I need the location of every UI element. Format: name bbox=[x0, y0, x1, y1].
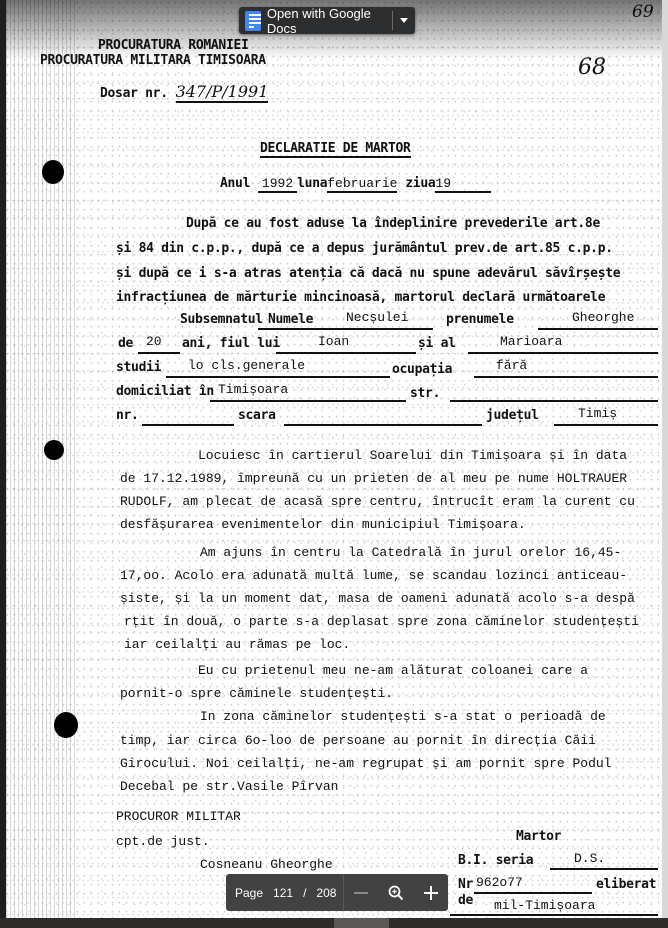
body-line: șiste, și la un moment dat, masa de oame… bbox=[120, 591, 635, 606]
caret-down-icon bbox=[400, 18, 408, 23]
header-line-2: PROCURATURA MILITARA TIMISOARA bbox=[40, 53, 266, 68]
body-line: desfășurarea evenimentelor din municipiu… bbox=[120, 517, 526, 532]
domiciliu-value: Timișoara bbox=[218, 382, 288, 397]
handwritten-page-number-2: 68 bbox=[578, 55, 606, 80]
zoom-out-button[interactable] bbox=[348, 880, 374, 906]
zoom-magnifier-icon bbox=[388, 885, 404, 901]
month-value: februarie bbox=[327, 176, 397, 193]
underline bbox=[538, 328, 658, 330]
minus-icon bbox=[354, 892, 368, 894]
bi-nr-label: Nr bbox=[458, 877, 473, 892]
mama-value: Marioara bbox=[500, 334, 562, 349]
underline bbox=[450, 914, 658, 916]
underline bbox=[142, 424, 234, 426]
scara-label: scara bbox=[238, 408, 276, 423]
underline bbox=[284, 424, 482, 426]
day-label: ziua bbox=[405, 176, 435, 191]
header-line-1: PROCURATURA ROMANIEI bbox=[98, 38, 249, 53]
open-with-google-docs-button[interactable]: Open with Google Docs bbox=[239, 7, 392, 34]
handwritten-page-number: 69 bbox=[632, 2, 654, 22]
zoom-in-button[interactable] bbox=[418, 880, 444, 906]
dosar-number: 347/P/1991 bbox=[176, 82, 269, 103]
eliberat-label: eliberat bbox=[596, 877, 656, 892]
bi-series-value: D.S. bbox=[574, 851, 605, 866]
body-line: Decebal pe str.Vasile Pîrvan bbox=[120, 779, 338, 794]
day-value: 19 bbox=[435, 176, 491, 193]
ani-label: ani, fiul lui bbox=[182, 336, 280, 351]
subsemnatul-label: Subsemnatul bbox=[180, 312, 263, 327]
page-separator: / bbox=[303, 886, 306, 900]
domiciliat-label: domiciliat în bbox=[116, 384, 214, 399]
nr-label: nr. bbox=[116, 408, 139, 423]
body-line: pornit-o spre căminele studențești. bbox=[120, 686, 393, 701]
issued-by-label: de bbox=[458, 893, 473, 908]
body-line: Locuiesc în cartierul Soarelui din Timiș… bbox=[198, 448, 627, 463]
ocupatia-value: fără bbox=[496, 358, 527, 373]
date-line: Anul 1992lunafebruarie ziua19 bbox=[220, 176, 491, 193]
current-page-input[interactable]: 121 bbox=[273, 886, 293, 900]
judetul-value: Timiș bbox=[578, 406, 617, 421]
preamble-line: și după ce i s-a atras atenția că dacă n… bbox=[116, 266, 620, 281]
body-line: rțit în două, o parte s-a deplasat spre … bbox=[124, 614, 639, 629]
numele-label: Numele bbox=[268, 312, 313, 327]
body-line: Girocului. Noi ceilalți, ne-am regrupat … bbox=[120, 756, 611, 771]
document-content: 69 68 PROCURATURA ROMANIEI PROCURATURA M… bbox=[6, 0, 662, 918]
studii-label: studii bbox=[116, 360, 161, 375]
judetul-label: județul bbox=[486, 408, 539, 423]
tata-value: Ioan bbox=[318, 334, 349, 349]
underline bbox=[554, 424, 658, 426]
si-al-label: și al bbox=[418, 336, 456, 351]
underline bbox=[450, 400, 658, 402]
prenumele-label: prenumele bbox=[446, 312, 514, 327]
zoom-reset-button[interactable] bbox=[383, 880, 409, 906]
underline bbox=[258, 328, 433, 330]
studii-value: lo cls.generale bbox=[188, 358, 305, 373]
str-label: str. bbox=[410, 386, 440, 401]
witness-label: Martor bbox=[516, 829, 561, 844]
prosecutor-role: PROCUROR MILITAR bbox=[116, 809, 241, 824]
numele-value: Necșulei bbox=[346, 310, 408, 325]
underline bbox=[166, 376, 390, 378]
dosar-row: Dosar nr. 347/P/1991 bbox=[100, 82, 268, 103]
open-with-dropdown-button[interactable] bbox=[393, 7, 415, 34]
de-label: de bbox=[118, 336, 133, 351]
open-with-google-docs-button-group: Open with Google Docs bbox=[239, 7, 415, 34]
page-navigation-toolbar: Page 121 / 208 bbox=[226, 874, 448, 911]
preamble-line: infracțiunea de mărturie mincinoasă, mar… bbox=[116, 290, 605, 305]
viewer-right-edge bbox=[662, 0, 668, 918]
body-line: In zona căminelor studențești s-a stat o… bbox=[200, 709, 606, 724]
body-line: Am ajuns în centru la Catedrală în jurul… bbox=[200, 545, 621, 560]
page-indicator: Page 121 / 208 bbox=[226, 886, 343, 900]
ocupatia-label: ocupația bbox=[392, 362, 452, 377]
body-line: de 17.12.1989, împreună cu un prieten de… bbox=[120, 471, 627, 486]
prosecutor-rank: cpt.de just. bbox=[116, 834, 210, 849]
body-line: iar ceilalți au rămas pe loc. bbox=[124, 637, 350, 652]
body-line: Eu cu prietenul meu ne-am alăturat coloa… bbox=[198, 663, 588, 678]
open-with-google-docs-label: Open with Google Docs bbox=[267, 6, 392, 36]
underline bbox=[474, 376, 658, 378]
underline bbox=[468, 352, 658, 354]
year-label: Anul bbox=[220, 176, 250, 191]
horizontal-scrollbar-thumb[interactable] bbox=[334, 918, 389, 928]
issuer-value: mil-Timișoara bbox=[494, 898, 595, 913]
plus-icon bbox=[424, 886, 438, 900]
body-line: RUDOLF, am plecat de acasă spre centru, … bbox=[120, 494, 635, 509]
underline bbox=[210, 400, 406, 402]
body-line: timp, iar circa 6o-loo de persoane au po… bbox=[120, 733, 596, 748]
bi-number-value: 962o77 bbox=[476, 875, 523, 890]
underline bbox=[276, 352, 416, 354]
year-value: 1992 bbox=[258, 176, 297, 193]
dosar-label: Dosar nr. bbox=[100, 86, 168, 101]
google-docs-icon bbox=[245, 11, 261, 31]
underline bbox=[474, 892, 592, 894]
preamble-line: și 84 din c.p.p., după ce a depus jurămâ… bbox=[116, 241, 613, 256]
prenumele-value: Gheorghe bbox=[572, 310, 634, 325]
preamble-line: După ce au fost aduse la îndeplinire pre… bbox=[186, 216, 600, 231]
body-line: 17,oo. Acolo era adunată multă lume, se … bbox=[120, 568, 627, 583]
document-title: DECLARATIE DE MARTOR bbox=[260, 141, 411, 158]
bi-series-label: B.I. seria bbox=[458, 853, 533, 868]
document-page: 69 68 PROCURATURA ROMANIEI PROCURATURA M… bbox=[6, 0, 662, 918]
varsta-value: 20 bbox=[146, 334, 162, 349]
month-label: luna bbox=[297, 176, 327, 191]
total-pages: 208 bbox=[316, 886, 336, 900]
underline bbox=[138, 352, 180, 354]
page-label: Page bbox=[235, 886, 263, 900]
underline bbox=[550, 868, 658, 870]
prosecutor-name: Cosneanu Gheorghe bbox=[200, 857, 333, 872]
